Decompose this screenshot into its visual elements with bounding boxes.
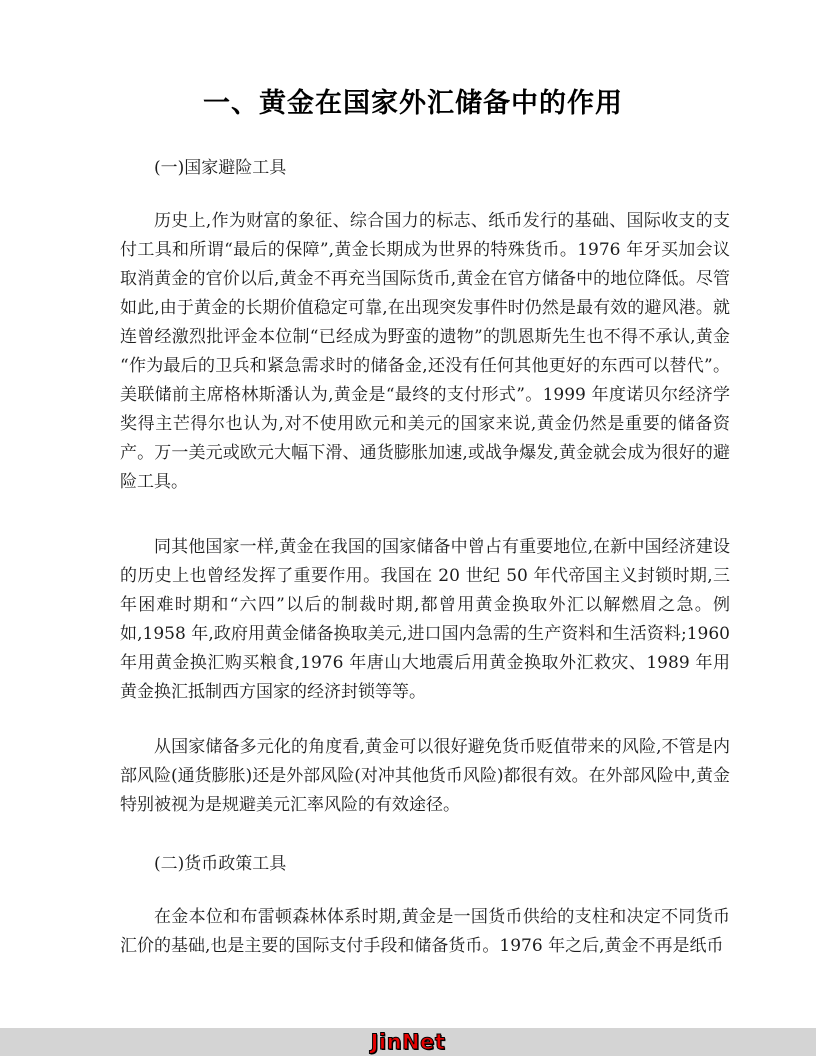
document-content: 一、黄金在国家外汇储备中的作用 (一)国家避险工具 历史上,作为财富的象征、综合… xyxy=(120,0,730,961)
brand-watermark: JinNet xyxy=(371,1028,446,1056)
paragraph-diversification: 从国家储备多元化的角度看,黄金可以很好避免货币贬值带来的风险,不管是内部风险(通… xyxy=(120,733,730,820)
document-title: 一、黄金在国家外汇储备中的作用 xyxy=(120,84,706,124)
section-heading-2: (二)货币政策工具 xyxy=(120,850,730,879)
paragraph-china-reserves: 同其他国家一样,黄金在我国的国家储备中曾占有重要地位,在新中国经济建设的历史上也… xyxy=(120,533,730,707)
section-heading-1: (一)国家避险工具 xyxy=(120,154,730,183)
paragraph-history-role: 历史上,作为财富的象征、综合国力的标志、纸币发行的基础、国际收支的支付工具和所谓… xyxy=(120,207,730,497)
footer-bar: JinNet xyxy=(0,1028,816,1056)
document-page: 一、黄金在国家外汇储备中的作用 (一)国家避险工具 历史上,作为财富的象征、综合… xyxy=(0,0,816,1056)
paragraph-monetary-policy: 在金本位和布雷顿森林体系时期,黄金是一国货币供给的支柱和决定不同货币汇价的基础,… xyxy=(120,903,730,961)
